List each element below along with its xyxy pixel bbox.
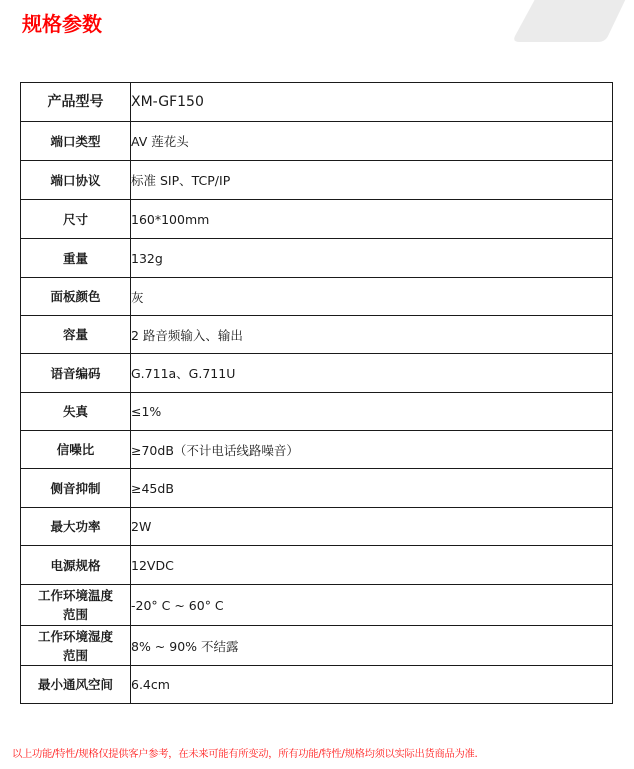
spec-label: 产品型号	[21, 83, 131, 122]
spec-row: 最小通风空间6.4cm	[21, 666, 613, 704]
spec-row: 最大功率2W	[21, 508, 613, 546]
spec-row: 端口协议标准 SIP、TCP/IP	[21, 161, 613, 200]
spec-label: 侧音抑制	[21, 469, 131, 508]
spec-label: 最大功率	[21, 508, 131, 546]
spec-value: AV 莲花头	[131, 122, 613, 161]
spec-value: 132g	[131, 239, 613, 278]
spec-row: 工作环境湿度范围8% ~ 90% 不结露	[21, 626, 613, 666]
spec-row: 失真≤1%	[21, 393, 613, 431]
spec-label: 工作环境湿度范围	[21, 626, 131, 666]
spec-value: ≤1%	[131, 393, 613, 431]
spec-row: 面板颜色灰	[21, 278, 613, 316]
disclaimer-text: 以上功能/特性/规格仅提供客户参考，在未来可能有所变动，所有功能/特性/规格均须…	[12, 745, 478, 760]
spec-row: 语音编码G.711a、G.711U	[21, 354, 613, 393]
spec-row: 端口类型AV 莲花头	[21, 122, 613, 161]
spec-row: 重量132g	[21, 239, 613, 278]
spec-label: 尺寸	[21, 200, 131, 239]
spec-label: 最小通风空间	[21, 666, 131, 704]
spec-row: 产品型号XM-GF150	[21, 83, 613, 122]
spec-label: 语音编码	[21, 354, 131, 393]
spec-value: G.711a、G.711U	[131, 354, 613, 393]
spec-value: 灰	[131, 278, 613, 316]
spec-value: 2 路音频输入、输出	[131, 316, 613, 354]
spec-value: XM-GF150	[131, 83, 613, 122]
spec-label: 信噪比	[21, 431, 131, 469]
spec-label: 端口类型	[21, 122, 131, 161]
spec-value: 标准 SIP、TCP/IP	[131, 161, 613, 200]
spec-value: ≥45dB	[131, 469, 613, 508]
spec-table: 产品型号XM-GF150端口类型AV 莲花头端口协议标准 SIP、TCP/IP尺…	[20, 82, 613, 704]
spec-row: 工作环境温度范围-20° C ~ 60° C	[21, 585, 613, 626]
spec-value: ≥70dB（不计电话线路噪音）	[131, 431, 613, 469]
spec-label: 工作环境温度范围	[21, 585, 131, 626]
page-title: 规格参数	[22, 8, 102, 37]
spec-label: 电源规格	[21, 546, 131, 585]
spec-value: 6.4cm	[131, 666, 613, 704]
spec-value: 2W	[131, 508, 613, 546]
decorative-parallelogram	[500, 0, 630, 42]
spec-value: -20° C ~ 60° C	[131, 585, 613, 626]
spec-row: 侧音抑制≥45dB	[21, 469, 613, 508]
spec-row: 尺寸160*100mm	[21, 200, 613, 239]
spec-row: 信噪比≥70dB（不计电话线路噪音）	[21, 431, 613, 469]
spec-label: 容量	[21, 316, 131, 354]
spec-row: 容量2 路音频输入、输出	[21, 316, 613, 354]
spec-value: 160*100mm	[131, 200, 613, 239]
spec-value: 12VDC	[131, 546, 613, 585]
spec-label: 端口协议	[21, 161, 131, 200]
spec-value: 8% ~ 90% 不结露	[131, 626, 613, 666]
spec-label: 重量	[21, 239, 131, 278]
spec-label: 失真	[21, 393, 131, 431]
spec-label: 面板颜色	[21, 278, 131, 316]
spec-row: 电源规格12VDC	[21, 546, 613, 585]
